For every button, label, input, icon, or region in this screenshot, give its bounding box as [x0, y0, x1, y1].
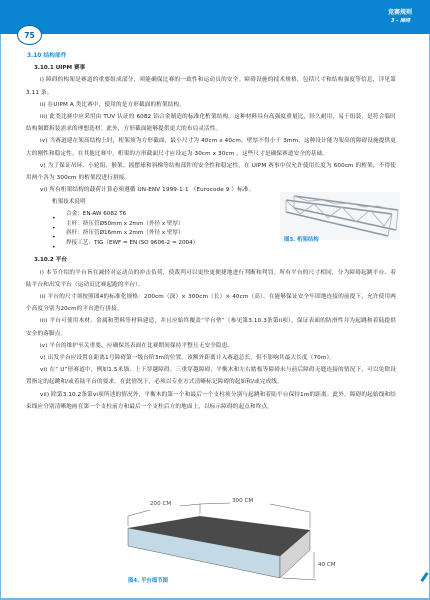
subsection-heading-platform: 3.10.2 平台 — [34, 254, 396, 266]
truss-image-icon — [280, 192, 400, 240]
paragraph: vi) 在“ U”形赛道中，例如1.5米墙、上下穿越障碍、三重穿越障碍、平衡木和… — [26, 364, 396, 388]
depth-label: 200 CM — [150, 501, 171, 507]
paragraph: ii) 平台的尺寸须按照图4的标准化规格：200cm（深）× 300cm（长）×… — [26, 291, 396, 315]
figure-caption: 图4. 平台细节图 — [128, 576, 168, 584]
paragraph: vii) 除第3.10.2条第vi项所述的情况外，平衡木的第一个和最后一个支柱须… — [26, 389, 396, 413]
figure-caption: 图3. 桁架结构 — [284, 234, 319, 246]
spec-item: •焊接工艺：TIG（EWF = EN ISO 9606-2 = 2004） — [52, 239, 198, 249]
bullet-icon: • — [52, 243, 56, 253]
paragraph: iv) 当赛道建在架高结构上时，桁架须为方形截面，最小尺寸为 40cm x 40… — [26, 135, 396, 159]
paragraph: i) 障碍的构架是赛道的重要组成部分，须能确保比赛的一致性和运动员的安全。障碍设… — [26, 74, 396, 98]
subsection-heading-uipm: 3.10.1 UIPM 赛事 — [34, 62, 396, 74]
spec-item: •斜杆：挤压管Ø16mm x 2mm（外径 x 壁厚） — [52, 229, 198, 239]
spec-title: 桁架技术说明 — [52, 196, 86, 208]
spec-list: •合金：EN-AW 6082 T6 •主杆：挤压管Ø50mm x 2mm（外径 … — [52, 210, 198, 248]
paragraph: v) 为了保证吊环、小轮组、猴架、摇摆球和斜梯等结构部件的安全性和稳定性，在 U… — [26, 160, 396, 184]
paragraph: ii) 在UIPM A 类比赛中，使用的是方形截面的桁架结构。 — [26, 99, 396, 111]
section-heading: 3.10 结构部件 — [27, 50, 396, 62]
height-label: 40 CM — [318, 562, 336, 568]
paragraph: iii) 平台可使用木材、金属和塑料等材料建造，并且应始终覆盖“平台垫”（参见第… — [26, 315, 396, 339]
header-subtitle: 3 - 障碍 — [391, 17, 410, 24]
paragraph: iii) 此类比赛中应采用由 TUV 认证的 6082 铝合金制造的标准化桁架结… — [26, 111, 396, 135]
header-band: 竞赛规则 3 - 障碍 — [0, 0, 430, 34]
spec-item: •合金：EN-AW 6082 T6 — [52, 210, 198, 220]
length-label: 300 CM — [232, 498, 253, 504]
spec-item: •主杆：挤压管Ø50mm x 2mm（外径 x 壁厚） — [52, 220, 198, 230]
paragraph: v) 出发平台应设置在距离1号障碍第一级台阶3m的位置。该额外距离计入赛道总长，… — [26, 352, 396, 364]
header-title: 竞赛规则 — [388, 7, 412, 16]
page-content: 3.10 结构部件 3.10.1 UIPM 赛事 i) 障碍的构架是赛道的重要组… — [26, 50, 396, 413]
page-number-badge: 75 — [17, 25, 42, 45]
paragraph: iv) 平台的维护至关重要，应确保其表面在比赛期间保持平整且无安全隐患。 — [26, 340, 396, 352]
platform-figure: 200 CM 300 CM 40 CM 图4. 平台细节图 — [120, 498, 350, 590]
truss-spec-block: 桁架技术说明 •合金：EN-AW 6082 T6 •主杆：挤压管Ø50mm x … — [26, 196, 396, 254]
paragraph: i) 本节介绍的平台旨在减轻对运动员的冲击负荷，使裁判可以更快更便捷地进行判断和… — [26, 267, 396, 291]
truss-figure: 图3. 桁架结构 — [280, 192, 400, 252]
